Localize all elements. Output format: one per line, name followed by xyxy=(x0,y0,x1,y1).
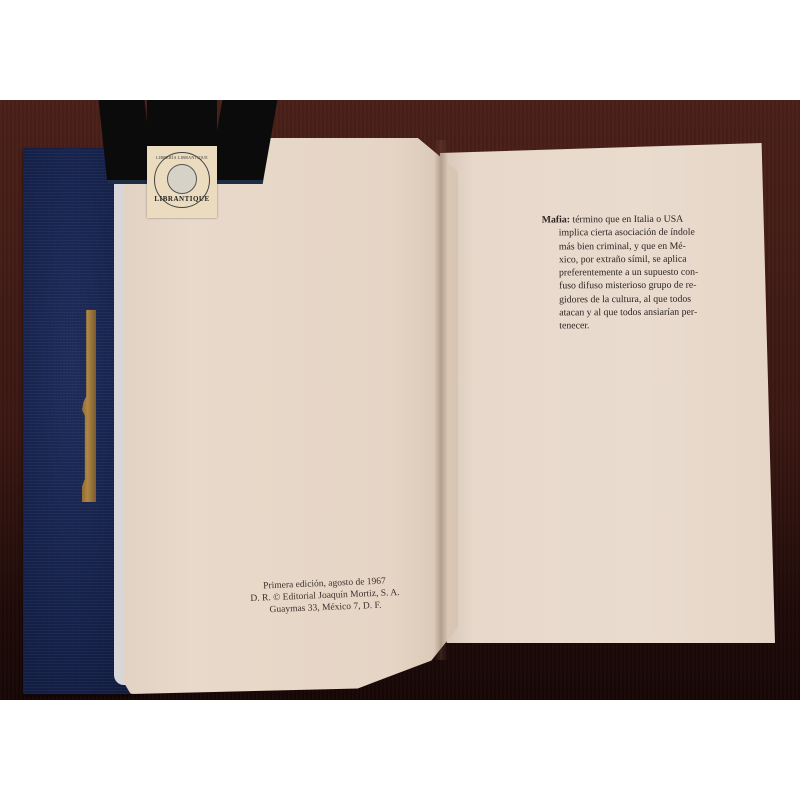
book-gutter xyxy=(434,140,448,660)
mafia-epigraph: Mafia: término que en Italia o USA impli… xyxy=(542,213,731,334)
epigraph-line: Mafia: término que en Italia o USA xyxy=(542,213,730,227)
epigraph-term: Mafia: xyxy=(542,214,570,225)
epigraph-line: gidores de la cultura, al que todos xyxy=(542,292,730,306)
stamp-top-text: LIBRERÍA LIBRANTIQUE xyxy=(147,155,217,160)
epigraph-line: atacan y al que todos ansiarían per- xyxy=(542,306,730,320)
book-photo: LIBRERÍA LIBRANTIQUE LIBRANTIQUE Mafia: … xyxy=(0,100,800,700)
librantique-stamp: LIBRERÍA LIBRANTIQUE LIBRANTIQUE xyxy=(147,146,217,218)
epigraph-line: preferentemente a un supuesto con- xyxy=(542,266,730,280)
epigraph-line: fuso difuso misterioso grupo de re- xyxy=(542,279,730,293)
epigraph-line: implica cierta asociación de índole xyxy=(542,226,730,240)
colophon: Primera edición, agosto de 1967 D. R. © … xyxy=(229,574,420,618)
book-stand-arm-left xyxy=(99,100,154,184)
epigraph-line: xico, por extraño símil, se aplica xyxy=(542,252,730,266)
epigraph-line: tenecer. xyxy=(542,319,730,333)
epigraph-line: más bien criminal, y que en Mé- xyxy=(542,239,730,253)
stamp-bottom-text: LIBRANTIQUE xyxy=(147,195,217,203)
stamp-book-illustration-icon xyxy=(167,164,197,194)
